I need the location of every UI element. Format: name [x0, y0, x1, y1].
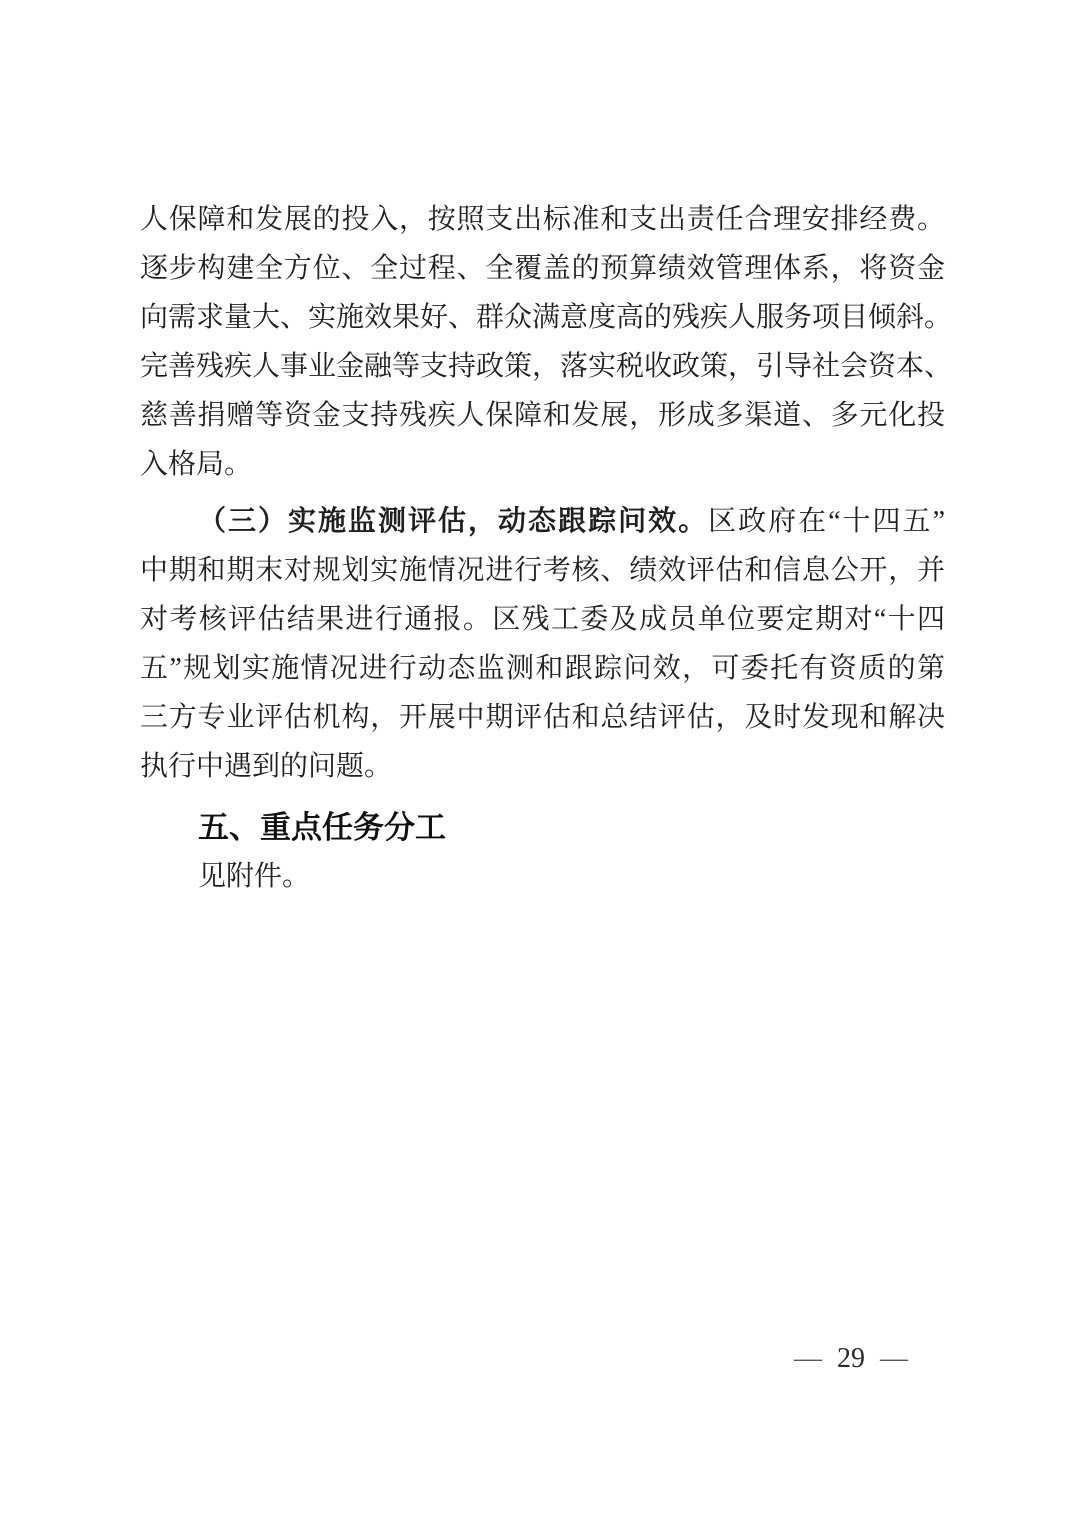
- text-line: 三方专业评估机构，开展中期评估和总结评估，及时发现和解决: [140, 693, 945, 742]
- paragraph-see-attachment: 见附件。: [140, 852, 945, 901]
- text-line: 人保障和发展的投入，按照支出标准和支出责任合理安排经费。: [140, 195, 945, 244]
- document-body: 人保障和发展的投入，按照支出标准和支出责任合理安排经费。逐步构建全方位、全过程、…: [140, 195, 945, 901]
- document-page: 人保障和发展的投入，按照支出标准和支出责任合理安排经费。逐步构建全方位、全过程、…: [0, 0, 1074, 1520]
- footer-dash-left: —: [794, 1343, 822, 1375]
- text-line: 慈善捐赠等资金支持残疾人保障和发展，形成多渠道、多元化投: [140, 391, 945, 440]
- page-footer: — 29 —: [794, 1343, 908, 1375]
- text-line: 对考核评估结果进行通报。区残工委及成员单位要定期对“十四: [140, 595, 945, 644]
- text-line: 见附件。: [140, 852, 945, 901]
- page-number: 29: [837, 1343, 865, 1375]
- bold-run: （三）实施监测评估，动态跟踪问效。: [198, 506, 708, 537]
- footer-dash-right: —: [880, 1343, 908, 1375]
- paragraph-funding: 人保障和发展的投入，按照支出标准和支出责任合理安排经费。逐步构建全方位、全过程、…: [140, 195, 945, 489]
- text-line: 向需求量大、实施效果好、群众满意度高的残疾人服务项目倾斜。: [140, 293, 945, 342]
- paragraph-monitoring: （三）实施监测评估，动态跟踪问效。区政府在“十四五”中期和期末对规划实施情况进行…: [140, 497, 945, 791]
- text-line: 入格局。: [140, 440, 945, 489]
- text-line: 五”规划实施情况进行动态监测和跟踪问效，可委托有资质的第: [140, 644, 945, 693]
- text-line: 完善残疾人事业金融等支持政策，落实税收政策，引导社会资本、: [140, 342, 945, 391]
- text-line: 执行中遇到的问题。: [140, 742, 945, 791]
- text-line: 中期和期末对规划实施情况进行考核、绩效评估和信息公开，并: [140, 546, 945, 595]
- heading-line: 五、重点任务分工: [140, 803, 945, 852]
- text-line: （三）实施监测评估，动态跟踪问效。区政府在“十四五”: [140, 497, 945, 546]
- heading-section-five: 五、重点任务分工: [140, 803, 945, 852]
- text-line: 逐步构建全方位、全过程、全覆盖的预算绩效管理体系，将资金: [140, 244, 945, 293]
